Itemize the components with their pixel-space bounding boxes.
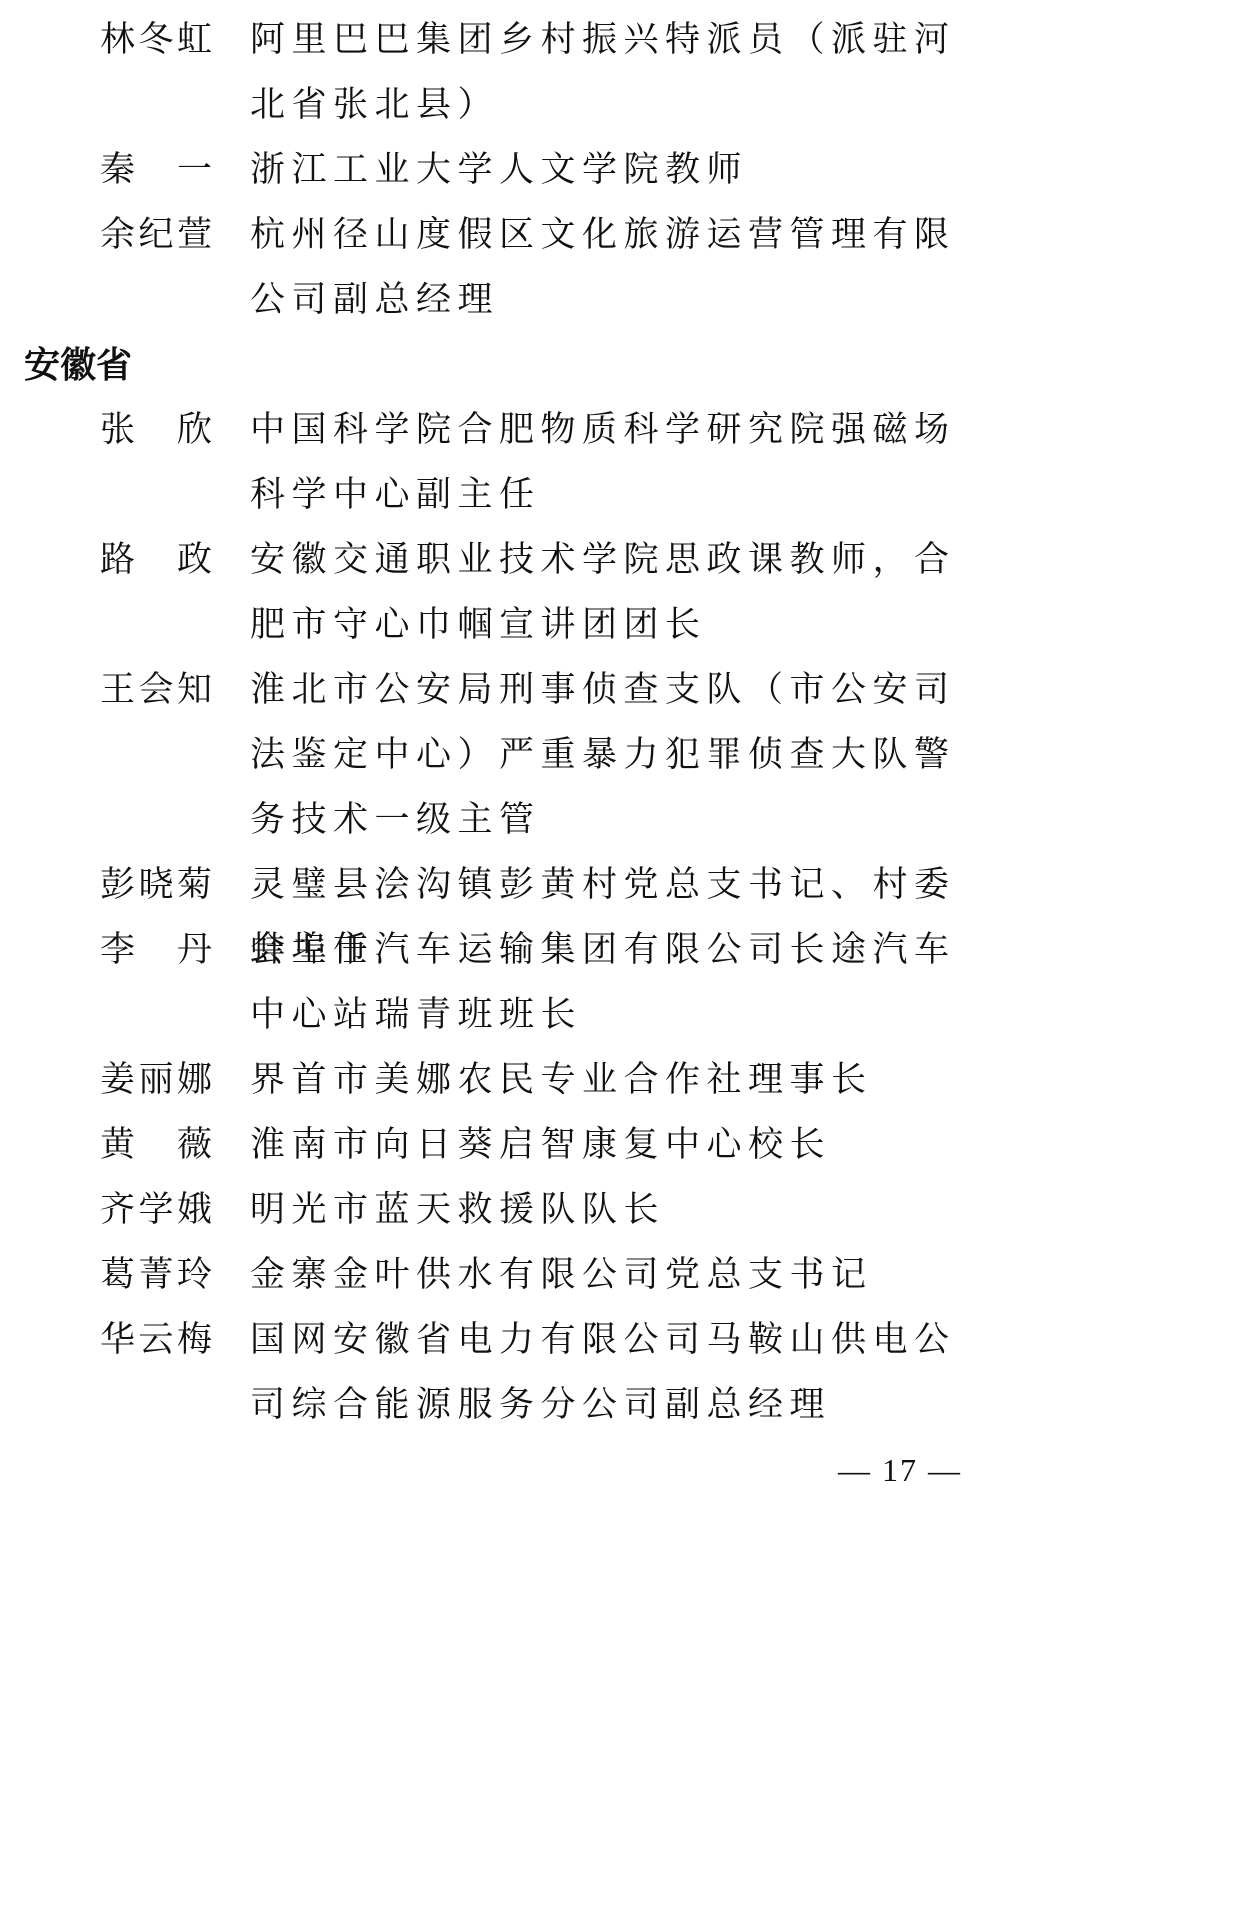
person-title: 安徽交通职业技术学院思政课教师，合肥市守心巾帼宣讲团团长 [250, 528, 990, 658]
person-name: 张 欣 [100, 398, 212, 463]
person-title: 金寨金叶供水有限公司党总支书记 [250, 1243, 990, 1308]
section-heading-province: 安徽省 [24, 333, 132, 398]
person-name: 李 丹 [100, 918, 212, 983]
person-title: 界首市美娜农民专业合作社理事长 [250, 1048, 990, 1113]
person-name: 王会知 [100, 658, 212, 723]
person-name: 黄 薇 [100, 1113, 212, 1178]
person-name: 姜丽娜 [100, 1048, 212, 1113]
person-name: 彭晓菊 [100, 853, 212, 918]
person-name: 秦 一 [100, 138, 212, 203]
person-title: 阿里巴巴集团乡村振兴特派员（派驻河北省张北县） [250, 8, 990, 138]
person-name: 路 政 [100, 528, 212, 593]
person-name: 华云梅 [100, 1308, 212, 1373]
person-name: 林冬虹 [100, 8, 212, 73]
person-name: 余纪萱 [100, 203, 212, 268]
person-title: 明光市蓝天救援队队长 [250, 1178, 990, 1243]
person-title: 杭州径山度假区文化旅游运营管理有限公司副总经理 [250, 203, 990, 333]
person-title: 淮北市公安局刑事侦查支队（市公安司法鉴定中心）严重暴力犯罪侦查大队警务技术一级主… [250, 658, 990, 853]
person-title: 浙江工业大学人文学院教师 [250, 138, 990, 203]
person-name: 齐学娥 [100, 1178, 212, 1243]
person-title: 淮南市向日葵启智康复中心校长 [250, 1113, 990, 1178]
person-title: 蚌埠市汽车运输集团有限公司长途汽车中心站瑞青班班长 [250, 918, 990, 1048]
person-title: 中国科学院合肥物质科学研究院强磁场科学中心副主任 [250, 398, 990, 528]
person-name: 葛菁玲 [100, 1243, 212, 1308]
page-number: — 17 — [838, 1450, 962, 1490]
person-title: 国网安徽省电力有限公司马鞍山供电公司综合能源服务分公司副总经理 [250, 1308, 990, 1438]
document-page: 林冬虹 阿里巴巴集团乡村振兴特派员（派驻河北省张北县） 秦 一 浙江工业大学人文… [0, 0, 1242, 1921]
